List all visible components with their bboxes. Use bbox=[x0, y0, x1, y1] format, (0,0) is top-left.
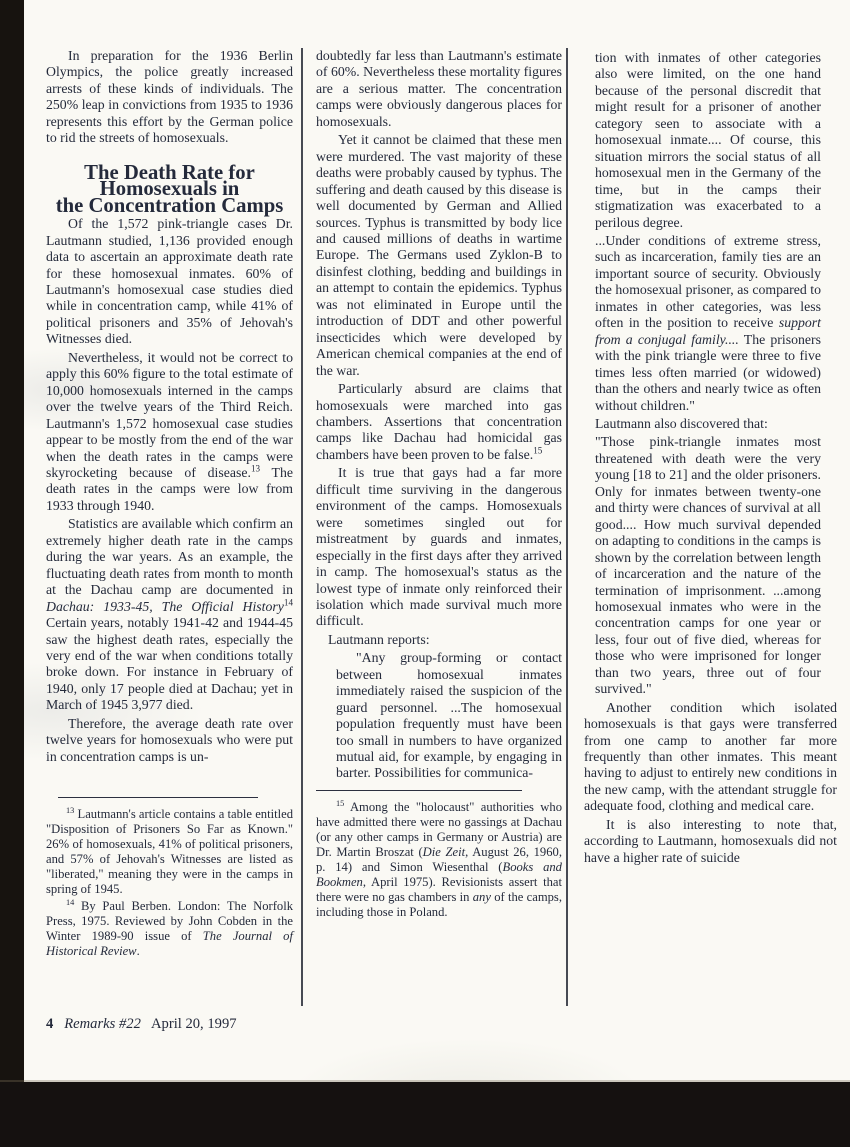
body-paragraph: Therefore, the average death rate over t… bbox=[46, 716, 293, 765]
body-paragraph: doubtedly far less than Lautmann's estim… bbox=[316, 48, 562, 130]
body-paragraph: Nevertheless, it would not be correct to… bbox=[46, 350, 293, 515]
footnote-15: 15 Among the "holocaust" authorities who… bbox=[316, 800, 562, 920]
column-2: doubtedly far less than Lautmann's estim… bbox=[316, 48, 562, 920]
quote-lead-in: Lautmann reports: bbox=[316, 632, 562, 648]
footnote-divider bbox=[58, 797, 258, 798]
body-paragraph: Another condition which isolated homosex… bbox=[584, 700, 837, 815]
body-paragraph: It is true that gays had a far more diff… bbox=[316, 465, 562, 630]
body-paragraph: Particularly absurd are claims that homo… bbox=[316, 381, 562, 463]
body-paragraph: It is also interesting to note that, acc… bbox=[584, 817, 837, 866]
quote-lead-in: Lautmann also discovered that: bbox=[595, 416, 821, 432]
column-3: tion with inmates of other categories al… bbox=[584, 48, 837, 866]
block-quote: ...Under conditions of extreme stress, s… bbox=[595, 233, 821, 414]
body-paragraph: Of the 1,572 pink-triangle cases Dr. Lau… bbox=[46, 216, 293, 348]
section-heading-line1: The Death Rate for Homosexuals in bbox=[46, 165, 293, 198]
footnote-14: 14 By Paul Berben. London: The Norfolk P… bbox=[46, 899, 293, 959]
column-rule-2 bbox=[566, 48, 568, 1006]
column-rule-1 bbox=[301, 48, 303, 1006]
scan-border-left bbox=[0, 0, 24, 1147]
section-heading-line2: the Concentration Camps bbox=[46, 198, 293, 215]
body-paragraph: In preparation for the 1936 Berlin Olymp… bbox=[46, 48, 293, 147]
body-paragraph: Statistics are available which confirm a… bbox=[46, 516, 293, 713]
body-paragraph: Yet it cannot be claimed that these men … bbox=[316, 132, 562, 379]
block-quote: "Any group-forming or contact between ho… bbox=[336, 650, 562, 782]
column-1: In preparation for the 1936 Berlin Olymp… bbox=[46, 48, 293, 959]
block-quote: "Those pink-triangle inmates most threat… bbox=[595, 434, 821, 697]
footnote-divider bbox=[316, 790, 522, 791]
section-heading: The Death Rate for Homosexuals in the Co… bbox=[46, 165, 293, 215]
block-quote-continuation: tion with inmates of other categories al… bbox=[595, 50, 821, 231]
scanned-page: In preparation for the 1936 Berlin Olymp… bbox=[0, 0, 850, 1147]
scan-border-bottom bbox=[0, 1082, 850, 1147]
footnote-13: 13 Lautmann's article contains a table e… bbox=[46, 807, 293, 897]
page-footer: 4 Remarks #22 April 20, 1997 bbox=[46, 1016, 237, 1033]
